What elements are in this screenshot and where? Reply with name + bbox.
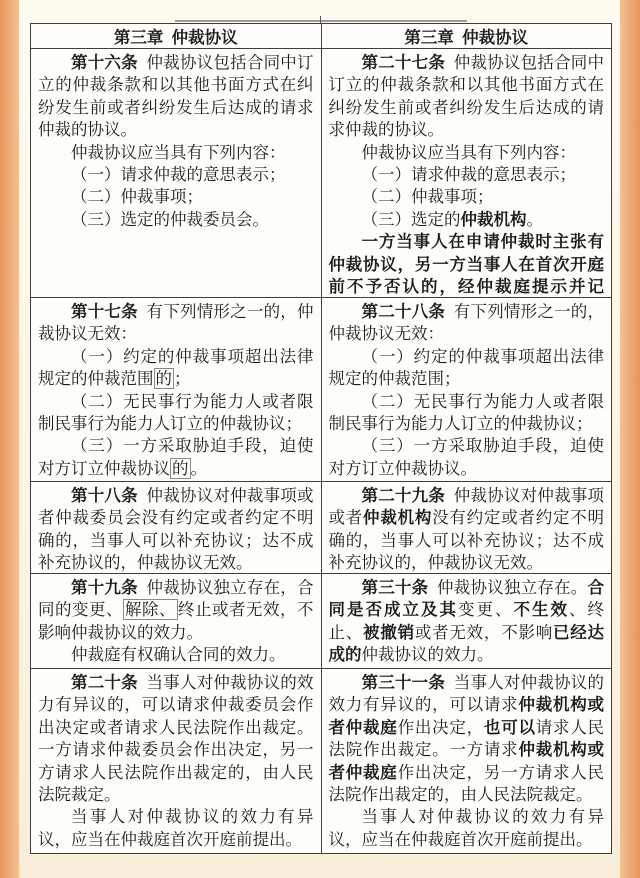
- paragraph: （三）一方采取胁迫手段，迫使对方订立仲裁协议的。: [38, 435, 314, 480]
- table-row: 第十七条 有下列情形之一的，仲裁协议无效：（一）约定的仲裁事项超出法律规定的仲裁…: [31, 298, 611, 482]
- deleted-text-box: 的: [154, 368, 175, 389]
- paragraph: （一）约定的仲裁事项超出法律规定的仲裁范围；: [329, 346, 605, 391]
- paragraph: （二）无民事行为能力人或者限制民事行为能力人订立的仲裁协议；: [38, 391, 314, 436]
- paragraph: 仲裁庭有权确认合同的效力。: [38, 644, 314, 666]
- paragraph: 当事人对仲裁协议的效力有异议，应当在仲裁庭首次开庭前提出。: [38, 806, 314, 851]
- paragraph: 第十六条 仲裁协议包括合同中订立的仲裁条款和以其他书面方式在纠纷发生前或者纠纷发…: [38, 52, 314, 142]
- article-cell-left: 第十八条 仲裁协议对仲裁事项或者仲裁委员会没有约定或者约定不明确的，当事人可以补…: [31, 482, 321, 573]
- paragraph: （三）选定的仲裁委员会。: [38, 209, 314, 231]
- article-cell-left: 第二十条 当事人对仲裁协议的效力有异议的，可以请求仲裁委员会作出决定或者请求人民…: [31, 669, 321, 853]
- table-row: 第十八条 仲裁协议对仲裁事项或者仲裁委员会没有约定或者约定不明确的，当事人可以补…: [31, 482, 611, 574]
- paragraph: （一）请求仲裁的意思表示；: [38, 164, 314, 186]
- comparison-table: 第三章 仲裁协议 第三章 仲裁协议 第十六条 仲裁协议包括合同中订立的仲裁条款和…: [30, 23, 612, 854]
- article-cell-right: 第二十九条 仲裁协议对仲裁事项或者仲裁机构没有约定或者约定不明确的，当事人可以补…: [321, 482, 612, 573]
- paragraph: （二）仲裁事项；: [38, 186, 314, 208]
- paragraph: 第二十九条 仲裁协议对仲裁事项或者仲裁机构没有约定或者约定不明确的，当事人可以补…: [329, 485, 605, 573]
- paragraph: （一）约定的仲裁事项超出法律规定的仲裁范围的；: [38, 346, 314, 391]
- paragraph: （二）仲裁事项；: [329, 186, 605, 208]
- paragraph: 第十八条 仲裁协议对仲裁事项或者仲裁委员会没有约定或者约定不明确的，当事人可以补…: [38, 485, 314, 573]
- paragraph: 第二十七条 仲裁协议包括合同中订立的仲裁条款和以其他书面方式在纠纷发生前或者纠纷…: [329, 52, 605, 142]
- scan-artifact-tick: [320, 16, 321, 23]
- paragraph: 第十九条 仲裁协议独立存在，合同的变更、解除、终止或者无效，不影响仲裁协议的效力…: [38, 577, 314, 644]
- paragraph: 当事人对仲裁协议的效力有异议，应当在仲裁庭首次开庭前提出。: [329, 806, 605, 851]
- paragraph: （二）无民事行为能力人或者限制民事行为能力人订立的仲裁协议；: [329, 391, 605, 436]
- article-cell-right: 第三十一条 当事人对仲裁协议的效力有异议的，可以请求仲裁机构或者仲裁庭作出决定，…: [321, 669, 612, 853]
- paragraph: 第二十条 当事人对仲裁协议的效力有异议的，可以请求仲裁委员会作出决定或者请求人民…: [38, 672, 314, 806]
- paragraph: （三）一方采取胁迫手段，迫使对方订立仲裁协议。: [329, 435, 605, 480]
- table-header-right: 第三章 仲裁协议: [321, 24, 612, 48]
- right-border-decoration: [620, 0, 640, 878]
- paragraph: 第二十八条 有下列情形之一的，仲裁协议无效：: [329, 301, 605, 346]
- paragraph: 第三十条 仲裁协议独立存在。合同是否成立及其变更、不生效、终止、被撤销或者无效，…: [329, 577, 605, 667]
- table-row: 第十六条 仲裁协议包括合同中订立的仲裁条款和以其他书面方式在纠纷发生前或者纠纷发…: [31, 49, 611, 298]
- article-cell-right: 第二十八条 有下列情形之一的，仲裁协议无效：（一）约定的仲裁事项超出法律规定的仲…: [321, 298, 612, 481]
- article-cell-left: 第十九条 仲裁协议独立存在，合同的变更、解除、终止或者无效，不影响仲裁协议的效力…: [31, 574, 321, 668]
- table-row: 第二十条 当事人对仲裁协议的效力有异议的，可以请求仲裁委员会作出决定或者请求人民…: [31, 669, 611, 853]
- deleted-text-box: 解除、: [123, 599, 178, 620]
- paragraph: 仲裁协议应当具有下列内容：: [38, 142, 314, 164]
- table-header-left: 第三章 仲裁协议: [31, 24, 321, 48]
- article-cell-right: 第三十条 仲裁协议独立存在。合同是否成立及其变更、不生效、终止、被撤销或者无效，…: [321, 574, 612, 668]
- paragraph: 一方当事人在申请仲裁时主张有仲裁协议，另一方当事人在首次开庭前不予否认的，经仲裁…: [329, 231, 605, 297]
- paragraph: 仲裁协议应当具有下列内容：: [329, 142, 605, 164]
- paragraph: （一）请求仲裁的意思表示；: [329, 164, 605, 186]
- paragraph: 第十七条 有下列情形之一的，仲裁协议无效：: [38, 301, 314, 346]
- article-cell-left: 第十六条 仲裁协议包括合同中订立的仲裁条款和以其他书面方式在纠纷发生前或者纠纷发…: [31, 49, 321, 297]
- paragraph: （三）选定的仲裁机构。: [329, 209, 605, 231]
- comparison-table-body: 第十六条 仲裁协议包括合同中订立的仲裁条款和以其他书面方式在纠纷发生前或者纠纷发…: [31, 49, 611, 853]
- paragraph: 第三十一条 当事人对仲裁协议的效力有异议的，可以请求仲裁机构或者仲裁庭作出决定，…: [329, 672, 605, 806]
- left-border-decoration: [0, 0, 19, 878]
- table-row: 第十九条 仲裁协议独立存在，合同的变更、解除、终止或者无效，不影响仲裁协议的效力…: [31, 574, 611, 669]
- article-cell-right: 第二十七条 仲裁协议包括合同中订立的仲裁条款和以其他书面方式在纠纷发生前或者纠纷…: [321, 49, 612, 297]
- scan-artifact-line: [175, 20, 467, 22]
- paragraph: 仲裁庭有权确认合同的效力。: [329, 667, 605, 668]
- article-cell-left: 第十七条 有下列情形之一的，仲裁协议无效：（一）约定的仲裁事项超出法律规定的仲裁…: [31, 298, 321, 481]
- table-header-row: 第三章 仲裁协议 第三章 仲裁协议: [31, 24, 611, 49]
- deleted-text-box: 的: [170, 458, 191, 479]
